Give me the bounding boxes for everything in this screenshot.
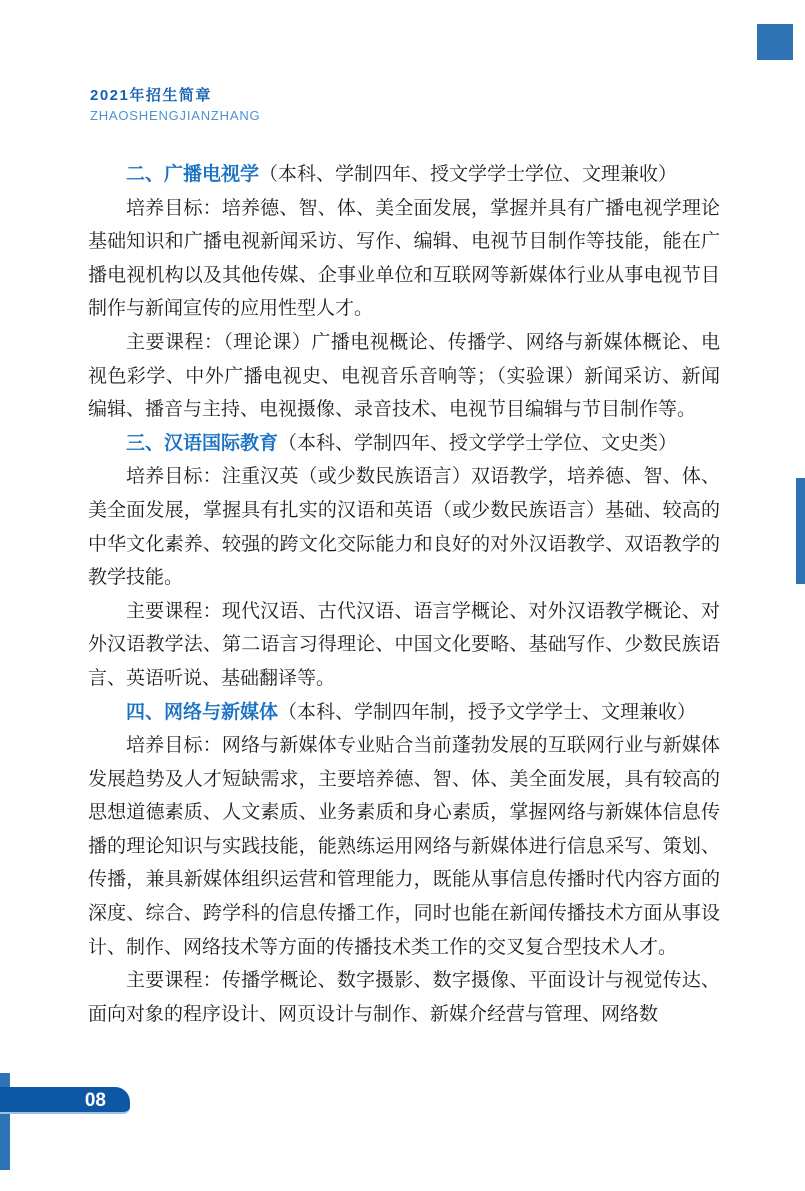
section-paragraph: 主要课程：现代汉语、古代汉语、语言学概论、对外汉语教学概论、对外汉语教学法、第二…: [88, 595, 720, 696]
section-heading-note: （本科、学制四年、授文学学士学位、文史类）: [278, 433, 677, 454]
section-heading-note: （本科、学制四年制，授予文学学士、文理兼收）: [278, 702, 696, 723]
page-number-tab: 08: [0, 1087, 130, 1114]
section-heading-note: （本科、学制四年、授文学学士学位、文理兼收）: [259, 164, 677, 185]
page-body: 二、广播电视学（本科、学制四年、授文学学士学位、文理兼收） 培养目标：培养德、智…: [88, 158, 720, 1031]
top-right-corner-mark: [757, 24, 793, 60]
section-heading: 三、汉语国际教育（本科、学制四年、授文学学士学位、文史类）: [88, 427, 720, 461]
page-number: 08: [85, 1090, 106, 1111]
section-heading-title: 二、广播电视学: [126, 164, 259, 185]
brochure-title: 2021年招生简章: [90, 84, 260, 105]
section-heading-title: 四、网络与新媒体: [126, 702, 278, 723]
brochure-page: 2021年招生简章 ZHAOSHENGJIANZHANG 二、广播电视学（本科、…: [0, 0, 805, 1191]
section-paragraph: 培养目标：培养德、智、体、美全面发展，掌握并具有广播电视学理论基础知识和广播电视…: [88, 192, 720, 326]
section-paragraph: 主要课程：（理论课）广播电视概论、传播学、网络与新媒体概论、电视色彩学、中外广播…: [88, 326, 720, 427]
section-paragraph: 主要课程：传播学概论、数字摄影、数字摄像、平面设计与视觉传达、面向对象的程序设计…: [88, 964, 720, 1031]
page-header: 2021年招生简章 ZHAOSHENGJIANZHANG: [90, 84, 260, 123]
right-edge-mark: [796, 478, 805, 584]
section-paragraph: 培养目标：注重汉英（或少数民族语言）双语教学，培养德、智、体、美全面发展，掌握具…: [88, 460, 720, 594]
brochure-subtitle: ZHAOSHENGJIANZHANG: [90, 108, 260, 123]
section-heading-title: 三、汉语国际教育: [126, 433, 278, 454]
section-heading: 四、网络与新媒体（本科、学制四年制，授予文学学士、文理兼收）: [88, 696, 720, 730]
section-heading: 二、广播电视学（本科、学制四年、授文学学士学位、文理兼收）: [88, 158, 720, 192]
section-paragraph: 培养目标：网络与新媒体专业贴合当前蓬勃发展的互联网行业与新媒体发展趋势及人才短缺…: [88, 729, 720, 964]
